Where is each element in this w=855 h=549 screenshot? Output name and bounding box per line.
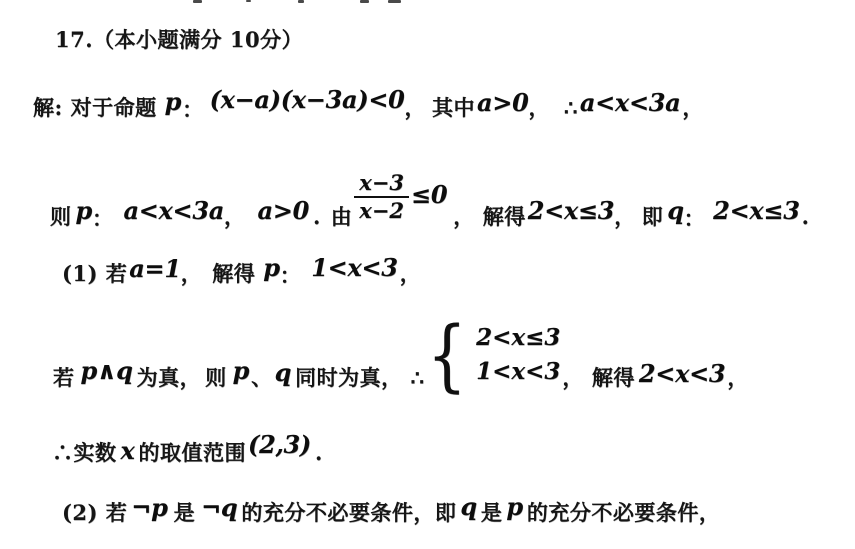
left-brace: { [427,322,467,390]
text-segment: ， [181,260,203,287]
text-segment: ， [453,203,475,230]
text-segment: 解: 对于命题 [33,94,157,121]
text-segment: ， [682,94,704,121]
math-segment: p [506,493,522,521]
text-segment: ∴实数 [52,439,117,466]
cutoff-text-fragment [246,0,251,2]
system-rows: 2<x≤31<x<3 [476,322,560,386]
text-segment: 为真， [137,364,202,391]
math-segment: a<x<3a [580,89,681,117]
text-segment: 即 [642,203,664,230]
text-segment: 解得 [483,203,526,230]
text-segment: 由 [331,203,353,230]
part2-condition-line: (2) 若¬p是¬q的充分不必要条件，即q是p的充分不必要条件， [62,499,720,527]
text-segment: 其中 [432,94,475,121]
text-segment: ， [727,364,749,391]
math-segment: a=1 [129,255,180,283]
proposition-p-line: 解: 对于命题p：(x−a)(x−3a)<0，其中a>0，∴a<x<3a， [33,94,704,122]
text-segment: 同时为真， [295,364,403,391]
cutoff-text-fragment [388,0,401,3]
fraction: x−3x−2 [354,171,409,222]
math-segment: (2,3) [248,431,311,459]
text-segment: ， [400,260,422,287]
text-segment: ， [405,94,427,121]
math-segment: q [275,359,291,387]
text-segment: ： [280,262,302,289]
text-segment: 的取值范围 [139,439,247,466]
fraction-numerator: x−3 [354,171,409,198]
fraction-denominator: x−2 [354,198,409,222]
text-segment: ∴ [411,364,425,391]
conjunction-system-line: 若p∧q为真，则p、q同时为真，∴{2<x≤31<x<3，解得2<x<3， [53,364,749,432]
math-segment: a>0 [477,89,528,117]
text-segment: ： [92,205,114,232]
part1-substitution-line: (1) 若a=1，解得p：1<x<3， [62,260,421,288]
math-segment: (x−a)(x−3a)<0 [210,86,405,114]
text-segment: ： [684,205,706,232]
math-segment: q [667,197,683,225]
math-segment: 2<x≤3 [528,197,614,225]
text-segment: . [313,203,321,230]
system-row: 1<x<3 [476,358,560,386]
text-segment: . [802,203,810,230]
text-segment: ： [182,96,204,123]
text-segment: ， [224,203,246,230]
system-row: 2<x≤3 [476,324,560,352]
math-segment: p [263,254,279,282]
math-segment: q [460,493,476,521]
math-segment: a>0 [258,197,309,225]
text-segment: 若 [53,364,75,391]
text-segment: 解得 [592,364,635,391]
text-segment: (2) 若 [62,499,127,526]
math-segment: ≤0 [411,181,447,209]
problem-heading: 17.（本小题满分 10分） [55,26,303,53]
math-segment: 1<x<3 [311,254,397,282]
text-segment: ∴ [564,94,578,121]
text-segment: 是 [481,499,503,526]
text-segment: 是 [174,499,196,526]
math-segment: ¬p [131,494,167,522]
text-segment: ， [562,364,584,391]
math-segment: 2<x<3 [639,360,725,388]
text-segment: 则 [50,203,72,230]
text-segment: . [315,439,323,466]
math-segment: p [76,197,92,225]
math-segment: ¬q [201,494,237,522]
math-segment: 2<x≤3 [713,197,799,225]
cutoff-text-fragment [298,0,304,3]
text-segment: ， [529,94,551,121]
cutoff-text-fragment [360,0,369,3]
text-segment: 解得 [212,260,255,287]
proposition-q-line: 则p：a<x<3a，a>0.由x−3x−2≤0，解得2<x≤3，即q：2<x≤3… [50,203,809,254]
scanned-math-solution: 17.（本小题满分 10分）解: 对于命题p：(x−a)(x−3a)<0，其中a… [0,0,855,549]
text-segment: 的充分不必要条件， [527,499,721,526]
text-segment: (1) 若 [62,260,127,287]
cutoff-text-fragment [193,0,202,3]
math-segment: p [233,357,249,385]
text-segment: 的充分不必要条件，即 [241,499,456,526]
math-segment: p [165,88,181,116]
range-conclusion-line: ∴实数x的取值范围(2,3). [52,439,323,467]
math-segment: x [121,437,135,465]
math-segment: a<x<3a [123,197,224,225]
math-segment: p∧q [81,357,133,385]
text-segment: 则 [205,364,227,391]
text-segment: 、 [251,364,273,391]
inequality-system: {2<x≤31<x<3 [427,322,561,390]
text-segment: ， [614,203,636,230]
text-segment: 17.（本小题满分 10分） [55,26,303,53]
